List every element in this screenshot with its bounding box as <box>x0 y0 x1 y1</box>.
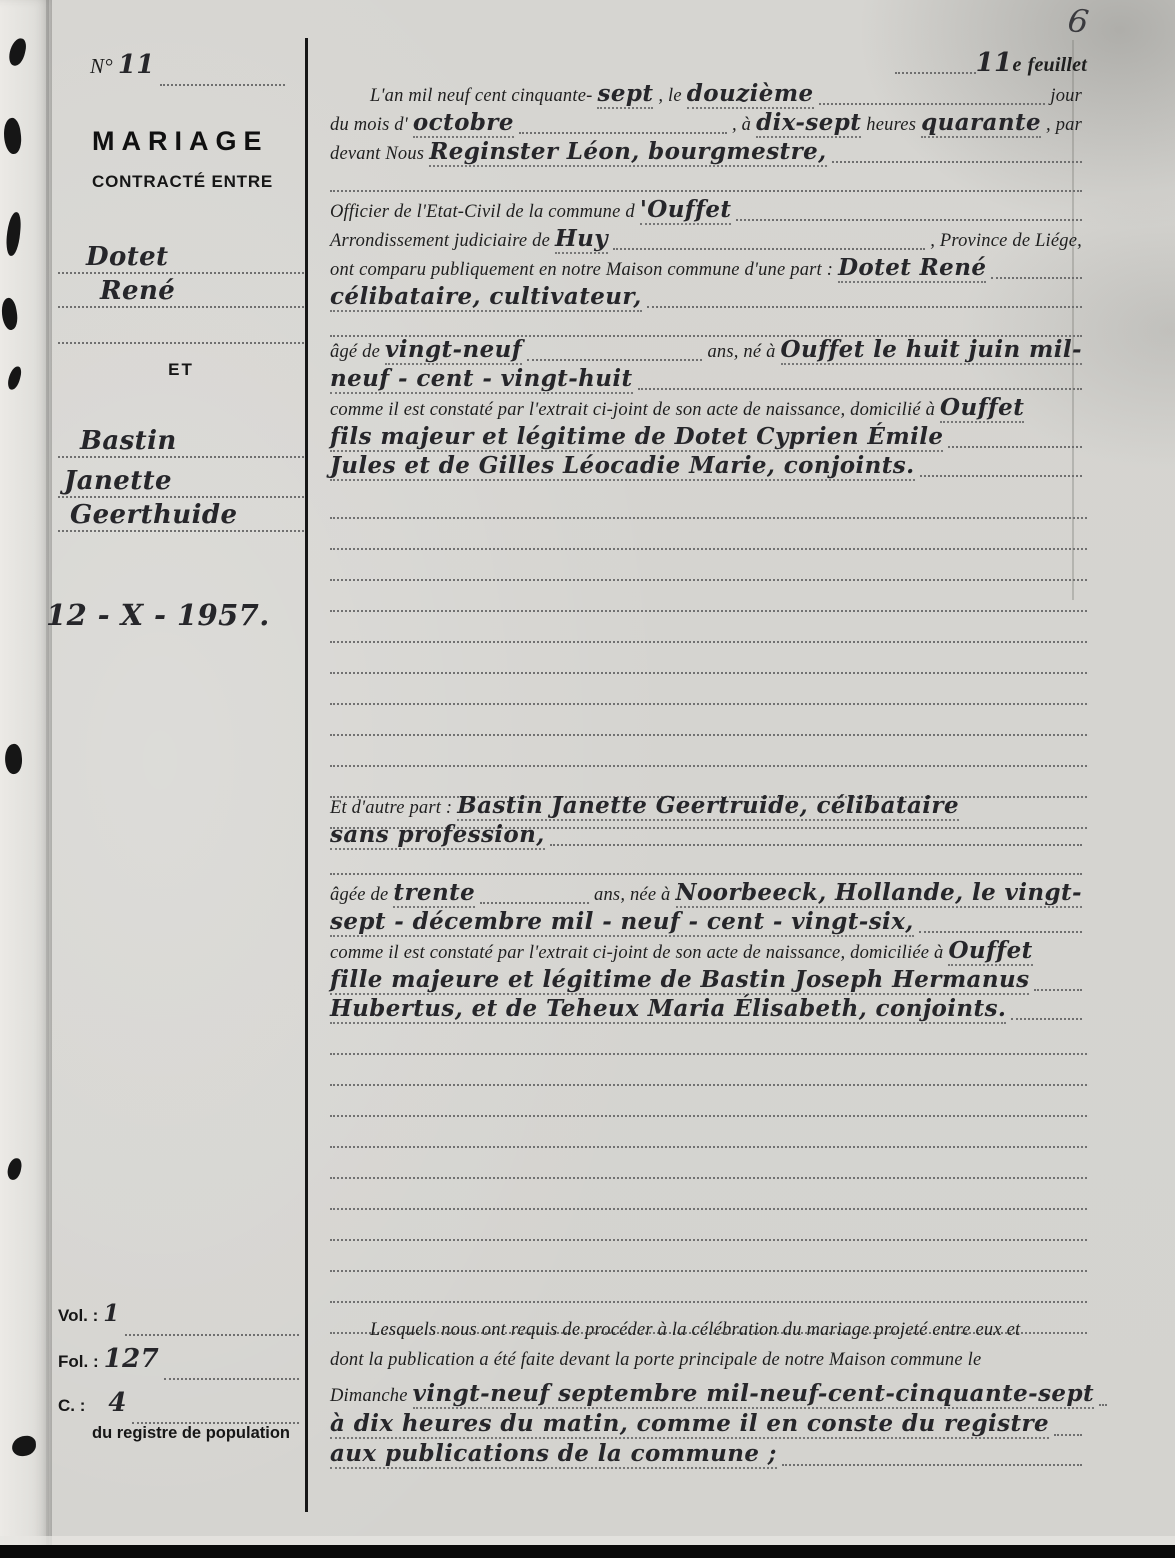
vol-value: 1 <box>103 1300 119 1327</box>
ruled-dotted-line <box>330 1055 1087 1086</box>
fol-row: Fol. : 127 <box>58 1344 304 1384</box>
act-number-value: 11 <box>118 50 155 80</box>
margin-bride-surname: Bastin <box>58 408 304 458</box>
margin-conjunction: ET <box>58 360 304 380</box>
ruled-dotted-line <box>330 1117 1087 1148</box>
c-label: C. : <box>58 1396 85 1416</box>
text-line: comme il est constaté par l'extrait ci-j… <box>330 937 1087 966</box>
ruled-dotted-line <box>330 488 1087 519</box>
ruled-dotted-line <box>330 1272 1087 1303</box>
margin-divider-rule <box>305 38 308 1512</box>
text-line: dont la publication a été faite devant l… <box>330 1350 1087 1380</box>
feuillet-number: 11 <box>976 48 1013 78</box>
bottom-torn-edge <box>0 1536 1175 1545</box>
text-line: aux publications de la commune ; <box>330 1440 1087 1470</box>
text-line: Dimanche vingt-neuf septembre mil-neuf-c… <box>330 1380 1087 1410</box>
paragraph-officier: Officier de l'Etat-Civil de la commune d… <box>330 196 1087 341</box>
dotted-leader <box>160 83 285 86</box>
text-line: neuf - cent - vingt-huit <box>330 365 1087 394</box>
ruled-dotted-line <box>330 1024 1087 1055</box>
text-line: Jules et de Gilles Léocadie Marie, conjo… <box>330 452 1087 481</box>
c-row: C. : 4 <box>58 1388 304 1428</box>
vol-row: Vol. : 1 <box>58 1300 304 1340</box>
text-line: âgée de trente ans, née à Noorbeeck, Hol… <box>330 879 1087 908</box>
dotted-leader <box>125 1333 299 1336</box>
paragraph-groom: âgé de vingt-neuf ans, né à Ouffet le hu… <box>330 336 1087 481</box>
ruled-dotted-line <box>330 581 1087 612</box>
fol-label: Fol. : <box>58 1352 99 1372</box>
c-value: 4 <box>108 1388 127 1418</box>
ruled-dotted-line <box>330 612 1087 643</box>
paragraph-bride: âgée de trente ans, née à Noorbeeck, Hol… <box>330 879 1087 1024</box>
ruled-dotted-line <box>330 643 1087 674</box>
act-number-row: N° 11 <box>90 50 290 90</box>
text-line: Lesquels nous ont requis de procéder à l… <box>330 1320 1087 1350</box>
text-line: sept - décembre mil - neuf - cent - ving… <box>330 908 1087 937</box>
text-line: fils majeur et légitime de Dotet Cyprien… <box>330 423 1087 452</box>
ruled-dotted-line <box>330 550 1087 581</box>
text-line: comme il est constaté par l'extrait ci-j… <box>330 394 1087 423</box>
text-line <box>330 850 1087 879</box>
dotted-leader <box>164 1377 299 1380</box>
register-note: du registre de population <box>92 1424 338 1443</box>
text-line: du mois d' octobre , à dix-sept heures q… <box>330 109 1087 138</box>
empty-ruled-block <box>330 1024 1087 1334</box>
margin-bride-middlename: Geerthuide <box>58 486 304 532</box>
fol-value: 127 <box>104 1344 159 1374</box>
text-line: L'an mil neuf cent cinquante- sept , le … <box>330 80 1087 109</box>
empty-ruled-block <box>330 488 1087 829</box>
ruled-dotted-line <box>330 705 1087 736</box>
text-line: célibataire, cultivateur, <box>330 283 1087 312</box>
ruled-dotted-line <box>330 1179 1087 1210</box>
feuillet-ordinal-suffix: e <box>1013 54 1022 77</box>
margin-marriage-date: 12 - X - 1957. <box>46 598 306 632</box>
paragraph-bride-intro: Et d'autre part : Bastin Janette Geertru… <box>330 792 1087 879</box>
text-line: âgé de vingt-neuf ans, né à Ouffet le hu… <box>330 336 1087 365</box>
vol-label: Vol. : <box>58 1306 98 1326</box>
paragraph-opening: L'an mil neuf cent cinquante- sept , le … <box>330 80 1087 196</box>
text-line: Officier de l'Etat-Civil de la commune d… <box>330 196 1087 225</box>
text-line: fille majeure et légitime de Bastin Jose… <box>330 966 1087 995</box>
feuillet-label: feuillet <box>1028 54 1087 77</box>
ruled-dotted-line <box>330 1210 1087 1241</box>
text-line: sans profession, <box>330 821 1087 850</box>
margin-empty-line <box>58 306 304 344</box>
ruled-dotted-line <box>330 1148 1087 1179</box>
binding-crease <box>46 0 49 1558</box>
act-number-label: N° <box>90 54 113 79</box>
ruled-dotted-line <box>330 736 1087 767</box>
ruled-dotted-line <box>330 1086 1087 1117</box>
text-line: Et d'autre part : Bastin Janette Geertru… <box>330 792 1087 821</box>
marriage-register-page: 6 11 e feuillet N° 11 MARIAGE CONTRACTÉ … <box>0 0 1175 1558</box>
corner-pen-mark: 6 <box>1065 1 1090 41</box>
margin-groom-firstname: René <box>58 262 304 308</box>
ruled-dotted-line <box>330 519 1087 550</box>
text-line <box>330 167 1087 196</box>
form-title: MARIAGE <box>92 126 338 157</box>
text-line: Hubertus, et de Teheux Maria Élisabeth, … <box>330 995 1087 1024</box>
ruled-dotted-line <box>330 674 1087 705</box>
text-line: ont comparu publiquement en notre Maison… <box>330 254 1087 283</box>
dotted-leader <box>895 71 976 74</box>
feuillet-header: 11 e feuillet <box>895 48 1087 78</box>
ruled-dotted-line <box>330 1241 1087 1272</box>
text-line: devant Nous Reginster Léon, bourgmestre, <box>330 138 1087 167</box>
text-line: Arrondissement judiciaire de Huy , Provi… <box>330 225 1087 254</box>
text-line: à dix heures du matin, comme il en const… <box>330 1410 1087 1440</box>
scan-bottom-black-bar <box>0 1545 1175 1558</box>
paragraph-publication: Lesquels nous ont requis de procéder à l… <box>330 1320 1087 1470</box>
form-subtitle: CONTRACTÉ ENTRE <box>92 172 338 192</box>
